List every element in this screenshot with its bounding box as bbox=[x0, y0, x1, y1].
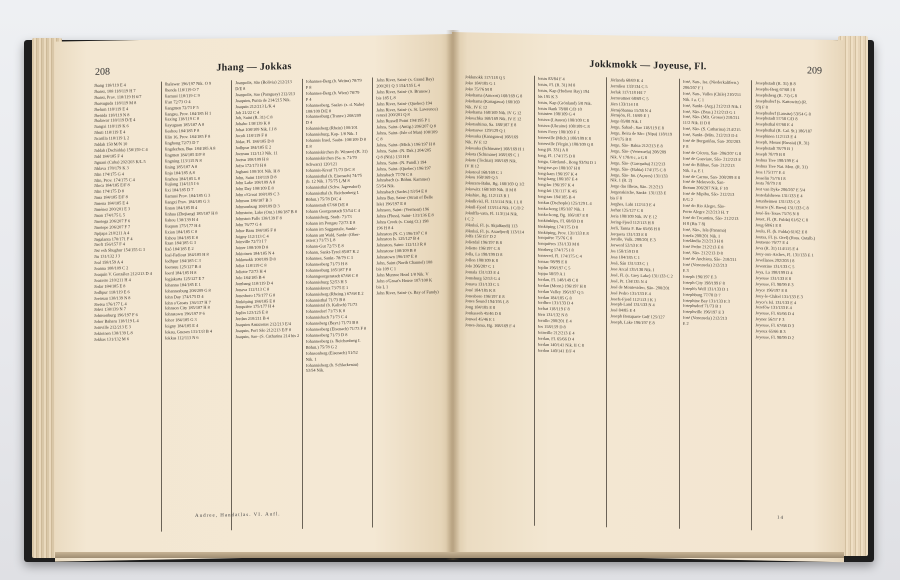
index-columns: Jokkmokk 117/118 Q 5Joko 184/185 G 1Joko… bbox=[462, 74, 824, 532]
index-entry: Jones-Jama, Bg. 168/169 F 4 bbox=[465, 322, 531, 329]
index-column: Jhang 118/119 E 4Jhansi, 108 118/119 H 7… bbox=[91, 82, 161, 533]
index-entry: Jordon 140/141 E/F 4 bbox=[538, 347, 604, 354]
index-column: Jokkmokk 117/118 Q 5Joko 184/185 G 1Joko… bbox=[462, 74, 534, 525]
running-head: Jhang — Jokkas bbox=[55, 58, 453, 77]
index-entry: Jokkas 112/113 N 6 bbox=[165, 334, 229, 341]
index-entry: Jokkas 131/132 M 6 bbox=[94, 336, 158, 343]
index-column: Jörlanda 68/69 K 4Jormlien 133/134 C 5Jo… bbox=[606, 77, 679, 529]
index-column: Johannes-Berg (b. Weitra) 78/79F 8Johann… bbox=[302, 78, 373, 529]
index-entry: Johannes-Berg (b. Weitra) 78/79 bbox=[306, 78, 370, 85]
index-entry: Johannis Insel, Saabt- 108/109 D 8 bbox=[306, 137, 370, 144]
index-column: Jhalawar 196/197 Nik. O 9Jhenda 118/119 … bbox=[161, 80, 232, 531]
printer-signature: 14 bbox=[777, 516, 784, 521]
index-entry: Johannesberg (s. Reichenberg I. bbox=[306, 337, 370, 344]
index-column: John River, Saint- (s. Grand Bay)200/201… bbox=[372, 76, 443, 527]
page-bottom-edge-left bbox=[55, 552, 453, 558]
index-entry: 53/54 Nik. bbox=[306, 367, 370, 374]
book-gutter bbox=[446, 30, 460, 560]
index-entry: Joseph, Lake 196/197 E 8 bbox=[610, 319, 676, 326]
index-entry: Joyeuse, Fl. 98/99 D 2 bbox=[755, 334, 821, 341]
index-entry: Joaquin, Sao- (S. Catharina 214 bis 215 … bbox=[235, 333, 299, 340]
index-columns: Jhang 118/119 E 4Jhansi, 108 118/119 H 7… bbox=[91, 76, 443, 533]
running-head: Jokkmokk — Joyeuse, Fl. bbox=[452, 56, 844, 75]
page-bottom-edge-right bbox=[452, 552, 844, 558]
index-entry: John o'Groat's House 107/108 K bbox=[376, 277, 440, 284]
index-entry: Johannesberg, Saalet- (s. d. Nahe) bbox=[306, 101, 370, 108]
left-page: 208 Jhang — Jokkas Jhang 118/119 E 4Jhan… bbox=[55, 34, 453, 562]
right-page: Jokkmokk — Joyeuse, Fl. 209 Jokkmokk 117… bbox=[452, 32, 844, 562]
index-column: Josephstadt (R. 31) B 8Josephs-Berg 67/6… bbox=[751, 80, 824, 532]
index-column: Jonas 83/84 F 4Jonas, Fl. (R. 31) M 8Jon… bbox=[534, 76, 607, 528]
index-entry: John River, Saint- (s. Bay of Fundy) 200… bbox=[376, 289, 440, 296]
index-entry: E 2 bbox=[683, 321, 749, 328]
page-number: 209 bbox=[807, 65, 822, 76]
index-column: José, San-, Isa. (Niederkalifern.)206/20… bbox=[679, 79, 752, 531]
index-column: Joanpolis, São (Bolivia) 212/213D/E 8Joa… bbox=[231, 79, 302, 530]
